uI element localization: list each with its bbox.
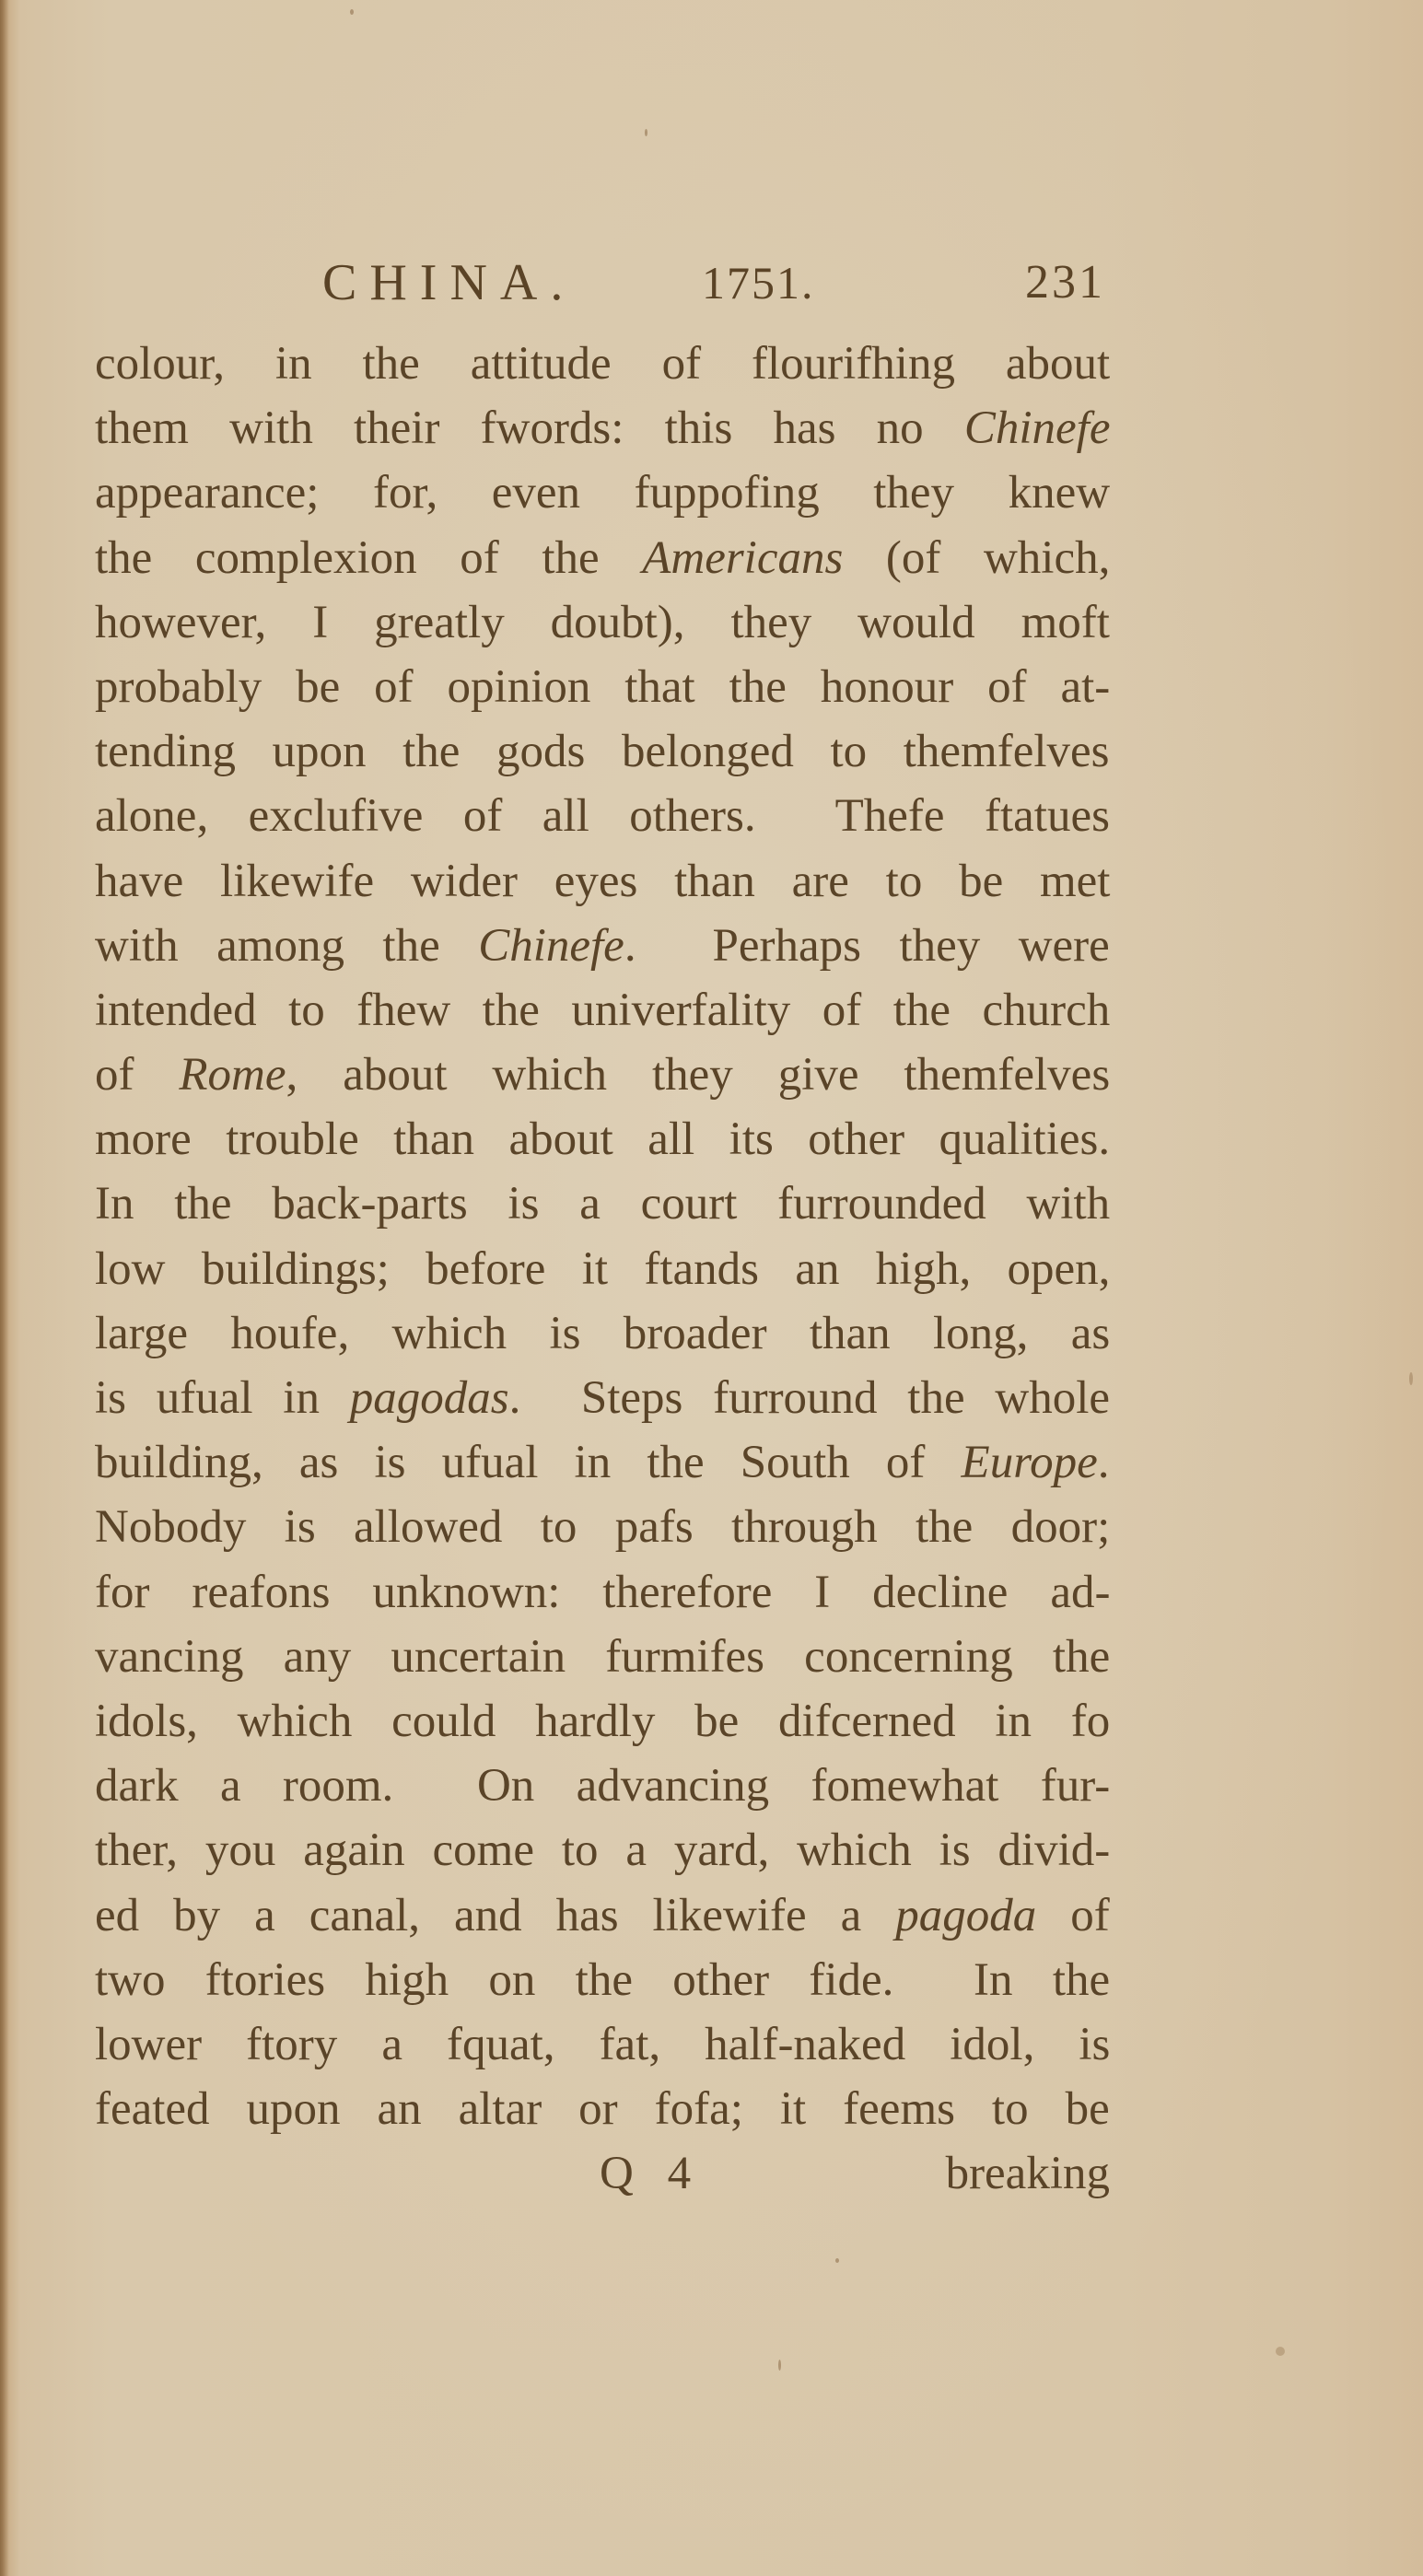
text-line: In the back-parts is a court furrounded … — [95, 1171, 1110, 1236]
text-segment: . Perhaps they were — [624, 920, 1110, 972]
text-line: building, as is ufual in the South of Eu… — [95, 1430, 1110, 1495]
paper-speck — [1409, 1372, 1413, 1385]
text-segment: lower ftory a fquat, fat, half-naked ido… — [95, 2019, 1110, 2070]
page-number: 231 — [1025, 251, 1105, 315]
text-line: vancing any uncertain furmifes concernin… — [95, 1625, 1110, 1689]
text-line: however, I greatly doubt), they would mo… — [95, 590, 1110, 655]
text-segment: vancing any uncertain furmifes concernin… — [95, 1631, 1110, 1683]
text-line: them with their fwords: this has no Chin… — [95, 396, 1110, 460]
italic-text-segment: pagodas — [350, 1372, 509, 1424]
scanned-book-page: CHINA. 1751. 231 colour, in the attitude… — [0, 0, 1423, 2576]
text-line: is ufual in pagodas. Steps furround the … — [95, 1366, 1110, 1430]
text-line: for reafons unknown: therefore I decline… — [95, 1560, 1110, 1625]
text-segment: idols, which could hardly be difcerned i… — [95, 1696, 1110, 1747]
page-footer: Q 4 breaking — [95, 2137, 1110, 2210]
text-segment: with among the — [95, 920, 478, 972]
text-segment: , about which they give themfelves — [286, 1049, 1111, 1101]
text-segment: . Steps furround the whole — [509, 1372, 1110, 1424]
text-segment: Nobody is allowed to pafs through the do… — [95, 1501, 1110, 1553]
text-segment: them with their fwords: this has no — [95, 402, 964, 454]
text-segment: more trouble than about all its other qu… — [95, 1113, 1110, 1165]
text-line: ther, you again come to a yard, which is… — [95, 1818, 1110, 1882]
text-segment: colour, in the attitude of flourifhing a… — [95, 338, 1110, 390]
text-segment: of — [1036, 1890, 1109, 1941]
text-line: Nobody is allowed to pafs through the do… — [95, 1495, 1110, 1559]
italic-text-segment: Chinefe — [964, 402, 1111, 454]
italic-text-segment: Europe — [962, 1437, 1098, 1488]
text-segment: In the back-parts is a court furrounded … — [95, 1178, 1110, 1230]
text-line: tending upon the gods belonged to themfe… — [95, 719, 1110, 784]
text-segment: building, as is ufual in the South of — [95, 1437, 962, 1488]
text-segment: low buildings; before it ftands an high,… — [95, 1243, 1110, 1295]
text-line: two ftories high on the other fide. In t… — [95, 1948, 1110, 2012]
running-head: CHINA. 1751. 231 — [322, 251, 1114, 315]
text-segment: two ftories high on the other fide. In t… — [95, 1954, 1110, 2006]
text-segment: tending upon the gods belonged to themfe… — [95, 726, 1110, 777]
italic-text-segment: Americans — [642, 532, 843, 584]
text-segment: alone, exclufive of all others. Thefe ft… — [95, 790, 1110, 842]
text-line: alone, exclufive of all others. Thefe ft… — [95, 784, 1110, 848]
text-segment: the complexion of the — [95, 532, 642, 584]
signature-mark: Q 4 — [600, 2137, 702, 2210]
paper-speck — [1276, 2347, 1285, 2356]
text-line: feated upon an altar or fofa; it feems t… — [95, 2077, 1110, 2141]
text-line: have likewife wider eyes than are to be … — [95, 849, 1110, 914]
text-line: idols, which could hardly be difcerned i… — [95, 1689, 1110, 1754]
text-line: with among the Chinefe. Perhaps they wer… — [95, 914, 1110, 978]
text-segment: is ufual in — [95, 1372, 350, 1424]
text-segment: feated upon an altar or fofa; it feems t… — [95, 2083, 1110, 2135]
paper-speck — [835, 2258, 839, 2263]
text-line: more trouble than about all its other qu… — [95, 1107, 1110, 1171]
text-segment: however, I greatly doubt), they would mo… — [95, 597, 1110, 648]
paper-speck — [350, 9, 354, 15]
text-segment: (of which, — [843, 532, 1110, 584]
text-line: the complexion of the Americans (of whic… — [95, 526, 1110, 590]
text-segment: have likewife wider eyes than are to be … — [95, 856, 1110, 907]
text-line: probably be of opinion that the honour o… — [95, 655, 1110, 719]
text-line: of Rome, about which they give themfelve… — [95, 1043, 1110, 1107]
text-segment: ther, you again come to a yard, which is… — [95, 1824, 1110, 1876]
text-segment: of — [95, 1049, 179, 1101]
paper-speck — [645, 129, 647, 136]
text-segment: ed by a canal, and has likewife a — [95, 1890, 895, 1941]
text-line: intended to fhew the univerfality of the… — [95, 978, 1110, 1043]
text-line: colour, in the attitude of flourifhing a… — [95, 332, 1110, 396]
text-segment: for reafons unknown: therefore I decline… — [95, 1567, 1110, 1618]
text-segment: intended to fhew the univerfality of the… — [95, 985, 1110, 1036]
text-segment: probably be of opinion that the honour o… — [95, 661, 1110, 713]
page-gutter-shadow — [0, 0, 9, 2576]
body-text: colour, in the attitude of flourifhing a… — [95, 332, 1110, 2141]
text-line: low buildings; before it ftands an high,… — [95, 1237, 1110, 1301]
text-line: appearance; for, even fuppofing they kne… — [95, 460, 1110, 525]
catchword: breaking — [946, 2137, 1110, 2210]
text-line: dark a room. On advancing fomewhat fur- — [95, 1754, 1110, 1818]
text-line: ed by a canal, and has likewife a pagoda… — [95, 1883, 1110, 1948]
italic-text-segment: pagoda — [895, 1890, 1036, 1941]
text-segment: large houfe, which is broader than long,… — [95, 1308, 1110, 1359]
running-head-title: CHINA. — [322, 251, 576, 315]
text-segment: dark a room. On advancing fomewhat fur- — [95, 1760, 1110, 1812]
text-line: lower ftory a fquat, fat, half-naked ido… — [95, 2012, 1110, 2077]
italic-text-segment: Rome — [179, 1049, 286, 1101]
text-line: large houfe, which is broader than long,… — [95, 1301, 1110, 1366]
paper-speck — [778, 2360, 781, 2371]
italic-text-segment: Chinefe — [478, 920, 624, 972]
text-segment: appearance; for, even fuppofing they kne… — [95, 467, 1110, 519]
text-segment: . — [1098, 1437, 1110, 1488]
running-head-year: 1751. — [702, 251, 815, 315]
